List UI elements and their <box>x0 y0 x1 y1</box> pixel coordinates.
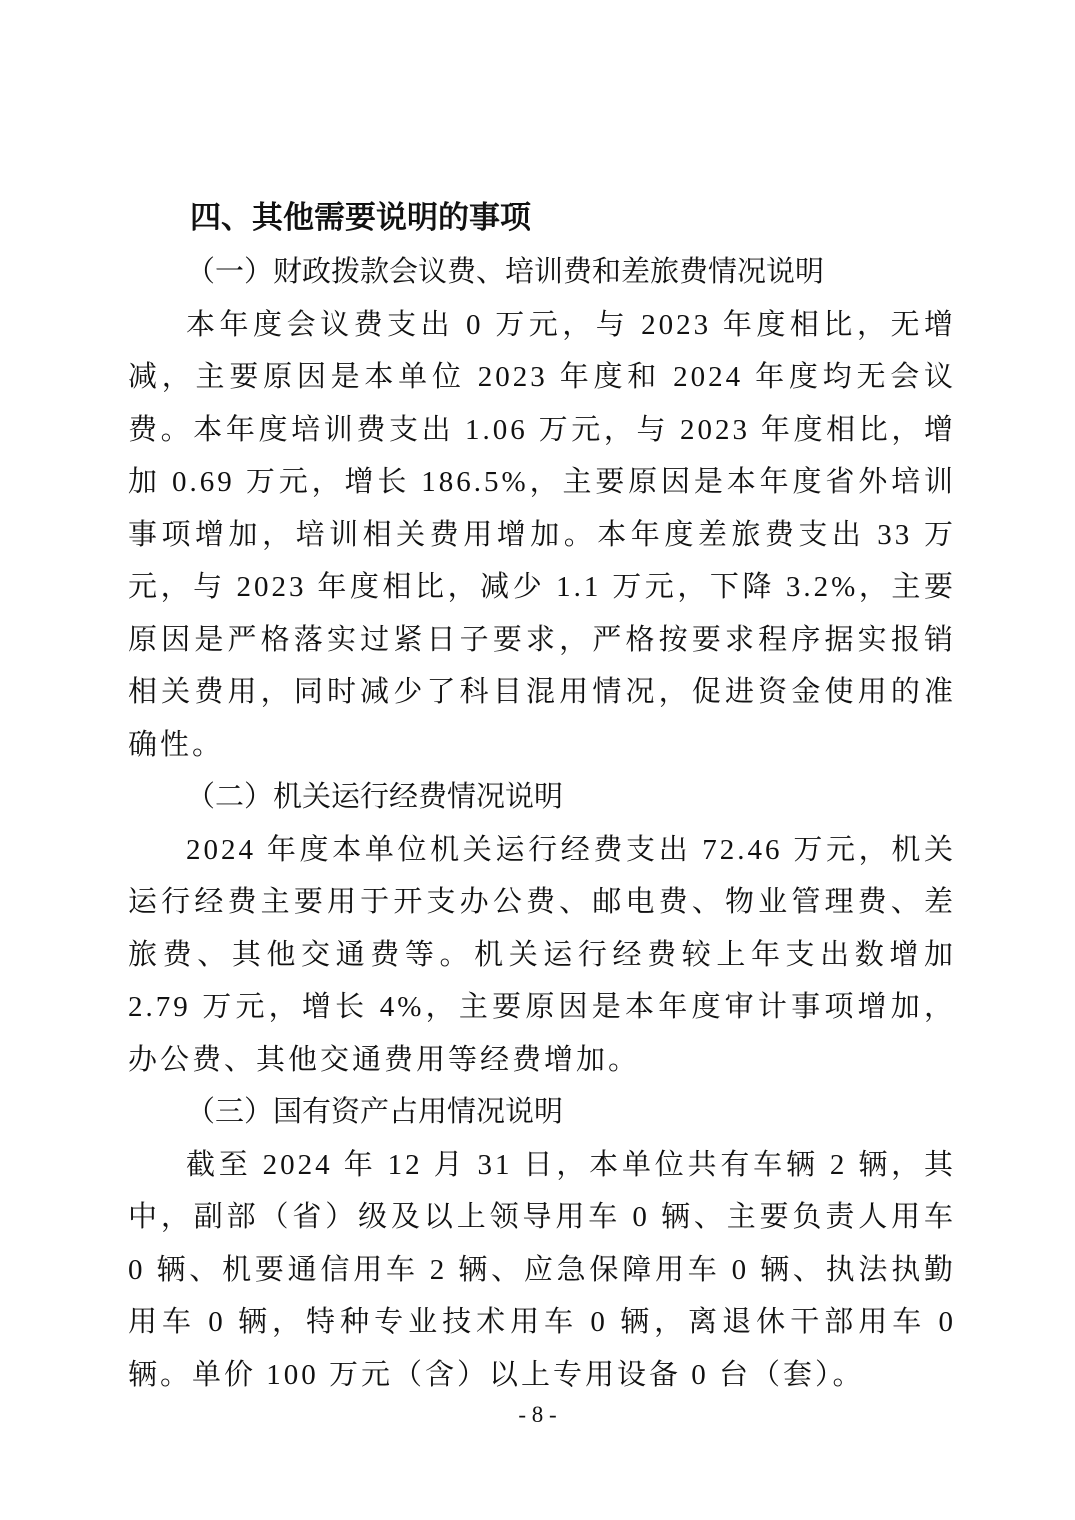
subsection-heading-2: （二）机关运行经费情况说明 <box>128 771 956 824</box>
document-page: 四、其他需要说明的事项 （一）财政拨款会议费、培训费和差旅费情况说明 本年度会议… <box>0 0 1075 1520</box>
subsection-heading-3: （三）国有资产占用情况说明 <box>128 1086 956 1139</box>
subsection-1-paragraph: 本年度会议费支出 0 万元，与 2023 年度相比，无增减，主要原因是本单位 2… <box>128 299 956 772</box>
document-content: 四、其他需要说明的事项 （一）财政拨款会议费、培训费和差旅费情况说明 本年度会议… <box>128 190 956 1401</box>
subsection-heading-1: （一）财政拨款会议费、培训费和差旅费情况说明 <box>128 246 956 299</box>
page-number: - 8 - <box>0 1402 1075 1428</box>
section-main-heading: 四、其他需要说明的事项 <box>128 190 956 246</box>
subsection-2-paragraph: 2024 年度本单位机关运行经费支出 72.46 万元，机关运行经费主要用于开支… <box>128 824 956 1087</box>
subsection-3-paragraph: 截至 2024 年 12 月 31 日，本单位共有车辆 2 辆，其中，副部（省）… <box>128 1139 956 1402</box>
